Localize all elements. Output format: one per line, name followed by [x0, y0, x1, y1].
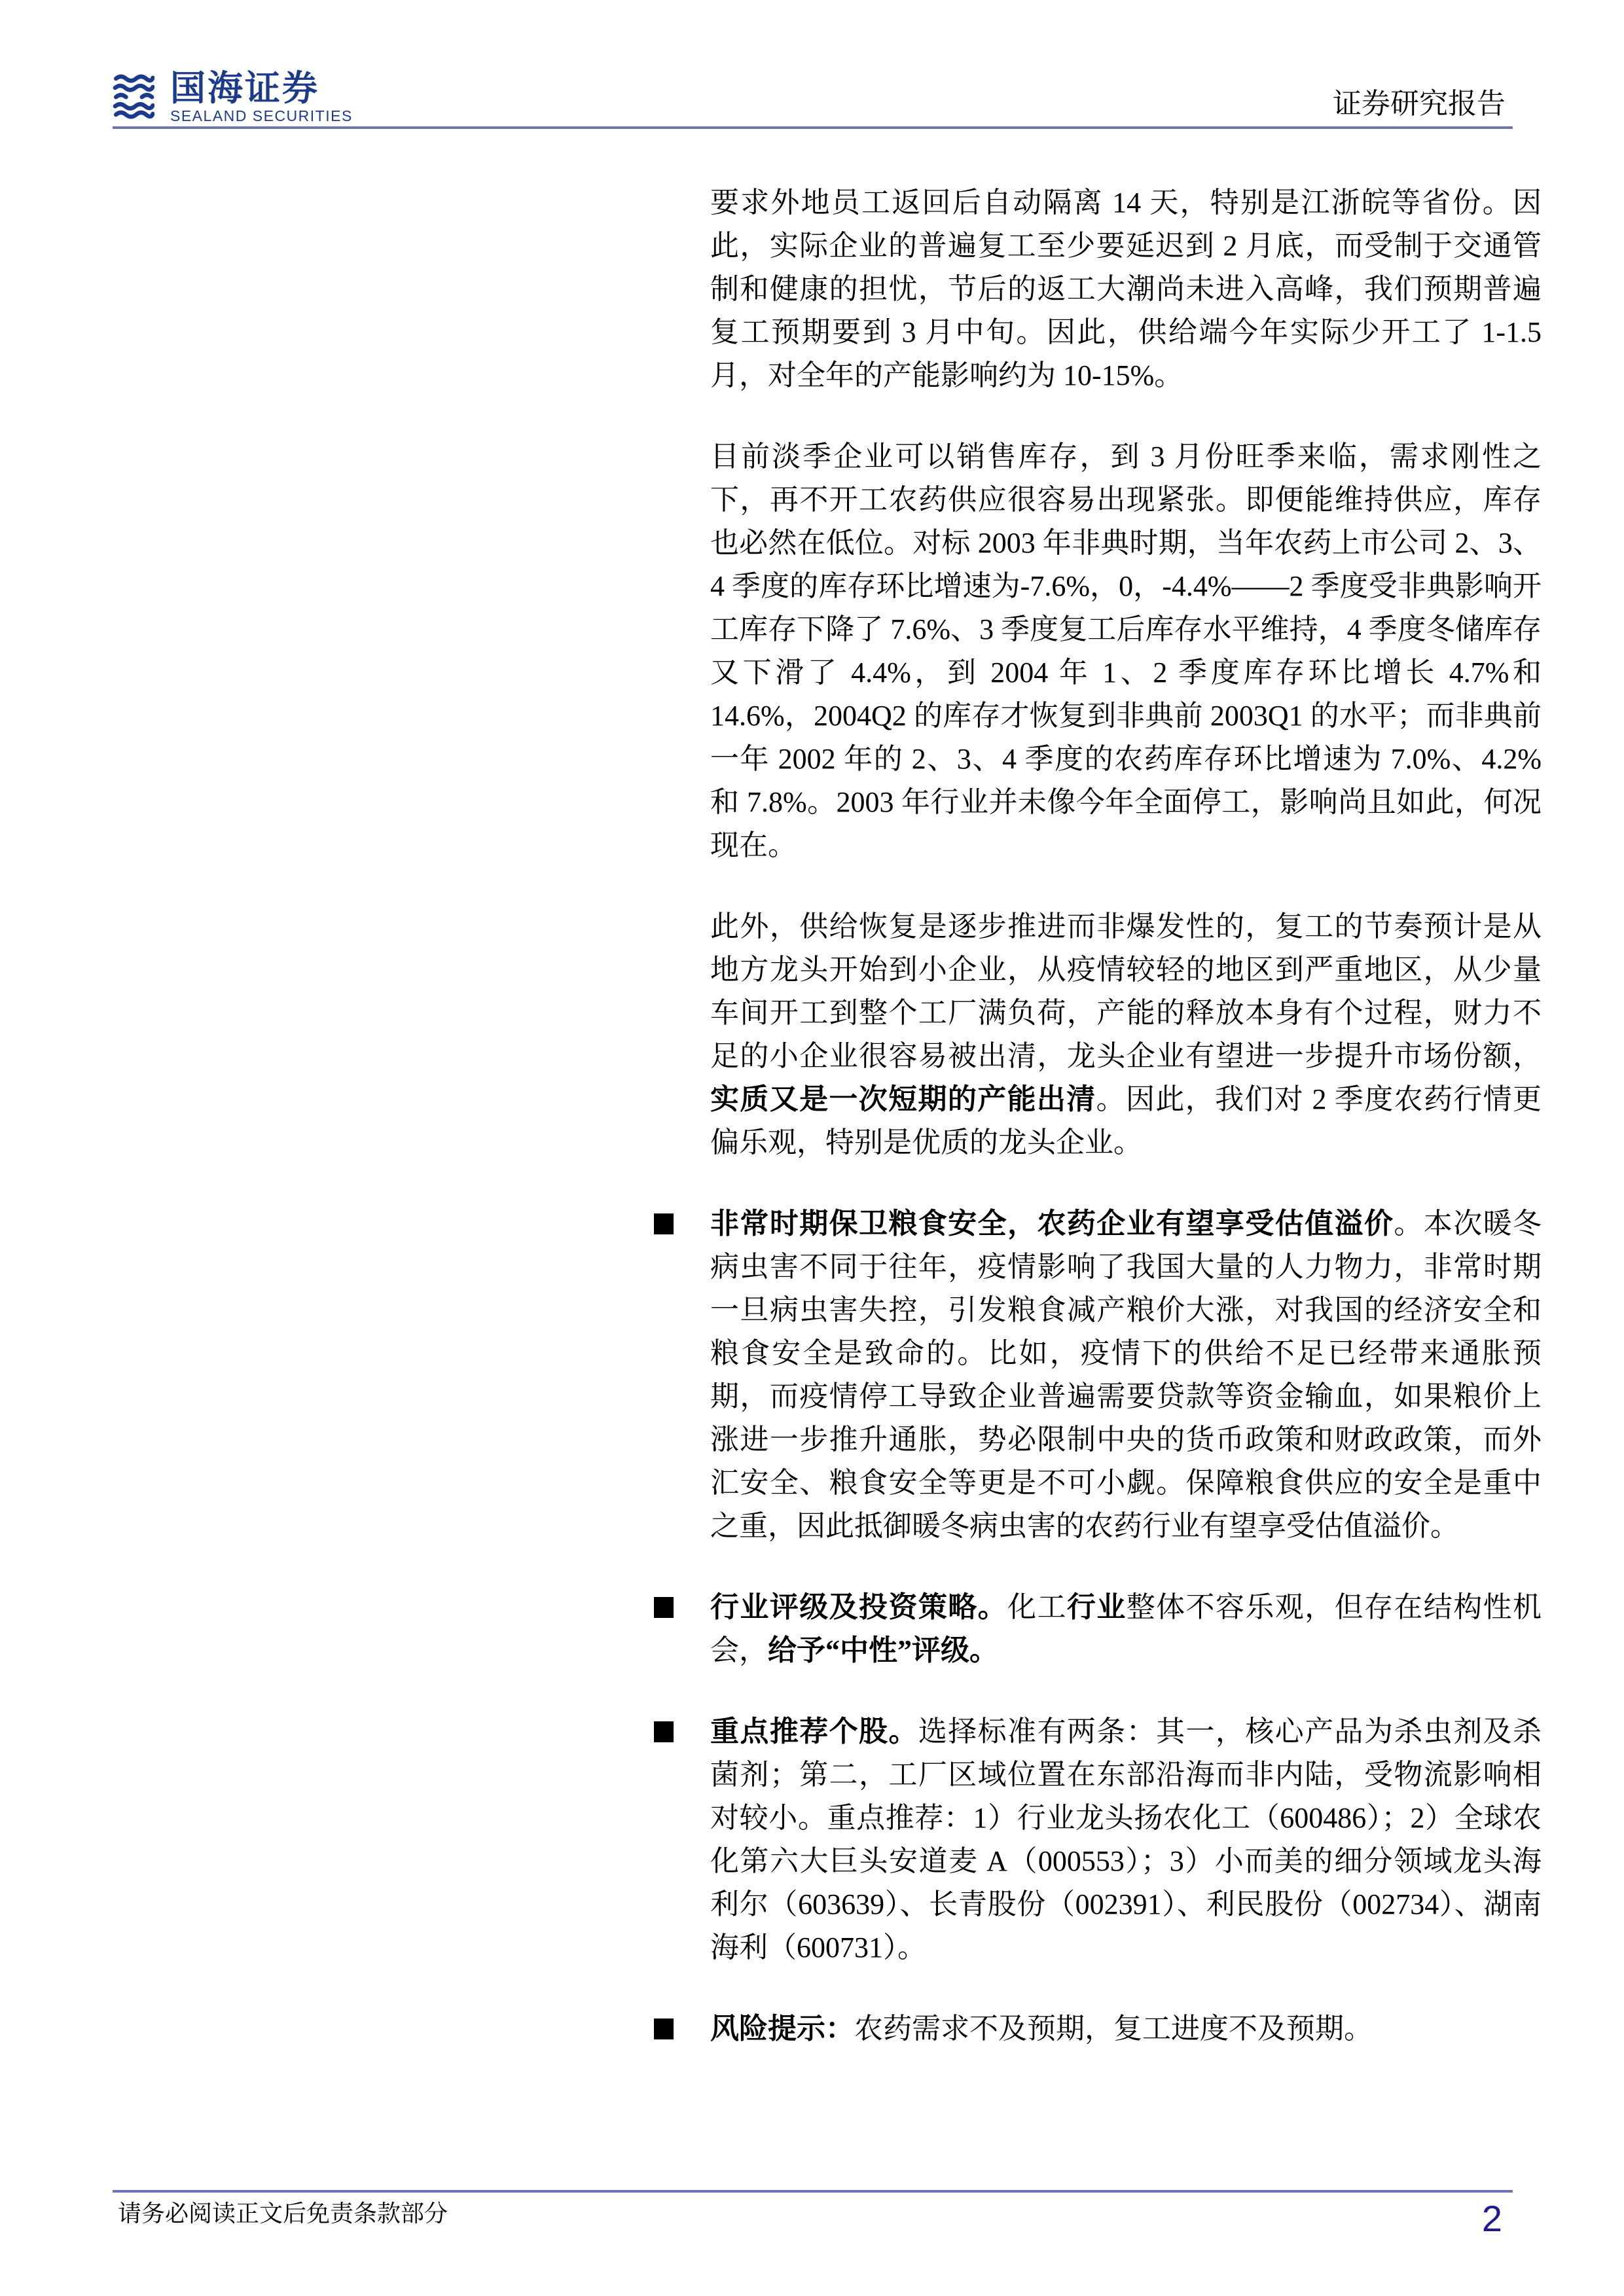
- footer-disclaimer: 请务必阅读正文后免责条款部分: [118, 2199, 448, 2228]
- logo-text: 国海证券 SEALAND SECURITIES: [170, 71, 353, 124]
- bullet-item: 行业评级及投资策略。化工行业整体不容乐观，但存在结构性机会，给予“中性”评级。: [710, 1586, 1542, 1672]
- logo-name-en: SEALAND SECURITIES: [170, 107, 353, 124]
- text-run: 此外，供给恢复是逐步推进而非爆发性的，复工的节奏预计是从地方龙头开始到小企业，从…: [710, 910, 1542, 1072]
- text-run: 目前淡季企业可以销售库存，到 3 月份旺季来临，需求刚性之下，再不开工农药供应很…: [710, 440, 1542, 861]
- paragraph: 此外，供给恢复是逐步推进而非爆发性的，复工的节奏预计是从地方龙头开始到小企业，从…: [710, 905, 1542, 1164]
- bullet-item: 重点推荐个股。选择标准有两条：其一，核心产品为杀虫剂及杀菌剂；第二，工厂区域位置…: [710, 1710, 1542, 1969]
- text-run: 。本次暖冬病虫害不同于往年，疫情影响了我国大量的人力物力，非常时期一旦病虫害失控…: [710, 1208, 1542, 1542]
- header-divider: [113, 126, 1513, 129]
- body-blocks: 要求外地员工返回后自动隔离 14 天，特别是江浙皖等省份。因此，实际企业的普遍复…: [710, 181, 1542, 2089]
- sealand-wave-logo-icon: [113, 73, 154, 119]
- text-run: 风险提示：: [710, 2013, 854, 2045]
- footer-divider: [113, 2190, 1513, 2193]
- paragraph: 目前淡季企业可以销售库存，到 3 月份旺季来临，需求刚性之下，再不开工农药供应很…: [710, 435, 1542, 867]
- text-run: 重点推荐个股。: [710, 1715, 918, 1748]
- bullet-item: 风险提示：农药需求不及预期，复工进度不及预期。: [710, 2007, 1542, 2051]
- text-run: 非常时期保卫粮食安全，农药企业有望享受估值溢价: [710, 1208, 1394, 1240]
- report-page: 国海证券 SEALAND SECURITIES 证券研究报告 要求外地员工返回后…: [0, 0, 1624, 2296]
- text-run: 要求外地员工返回后自动隔离 14 天，特别是江浙皖等省份。因此，实际企业的普遍复…: [710, 187, 1542, 391]
- text-run: 化工: [1007, 1591, 1067, 1623]
- bullet-square-icon: [654, 1597, 674, 1618]
- company-logo: 国海证券 SEALAND SECURITIES: [113, 71, 353, 124]
- text-run: 行业: [1067, 1591, 1127, 1623]
- report-type-label: 证券研究报告: [1333, 88, 1506, 120]
- page-number: 2: [1482, 2200, 1502, 2237]
- text-run: 实质又是一次短期的产能出清: [710, 1083, 1096, 1115]
- bullet-square-icon: [654, 1213, 674, 1234]
- text-run: 农药需求不及预期，复工进度不及预期。: [854, 2013, 1373, 2045]
- bullet-square-icon: [654, 1721, 674, 1742]
- text-run: 行业评级及投资策略。: [710, 1591, 1007, 1623]
- bullet-square-icon: [654, 2018, 674, 2039]
- bullet-item: 非常时期保卫粮食安全，农药企业有望享受估值溢价。本次暖冬病虫害不同于往年，疫情影…: [710, 1202, 1542, 1548]
- logo-name-zh: 国海证券: [170, 71, 353, 106]
- text-run: 给予“中性”评级。: [768, 1634, 998, 1666]
- paragraph: 要求外地员工返回后自动隔离 14 天，特别是江浙皖等省份。因此，实际企业的普遍复…: [710, 181, 1542, 397]
- text-run: 选择标准有两条：其一，核心产品为杀虫剂及杀菌剂；第二，工厂区域位置在东部沿海而非…: [710, 1715, 1542, 1964]
